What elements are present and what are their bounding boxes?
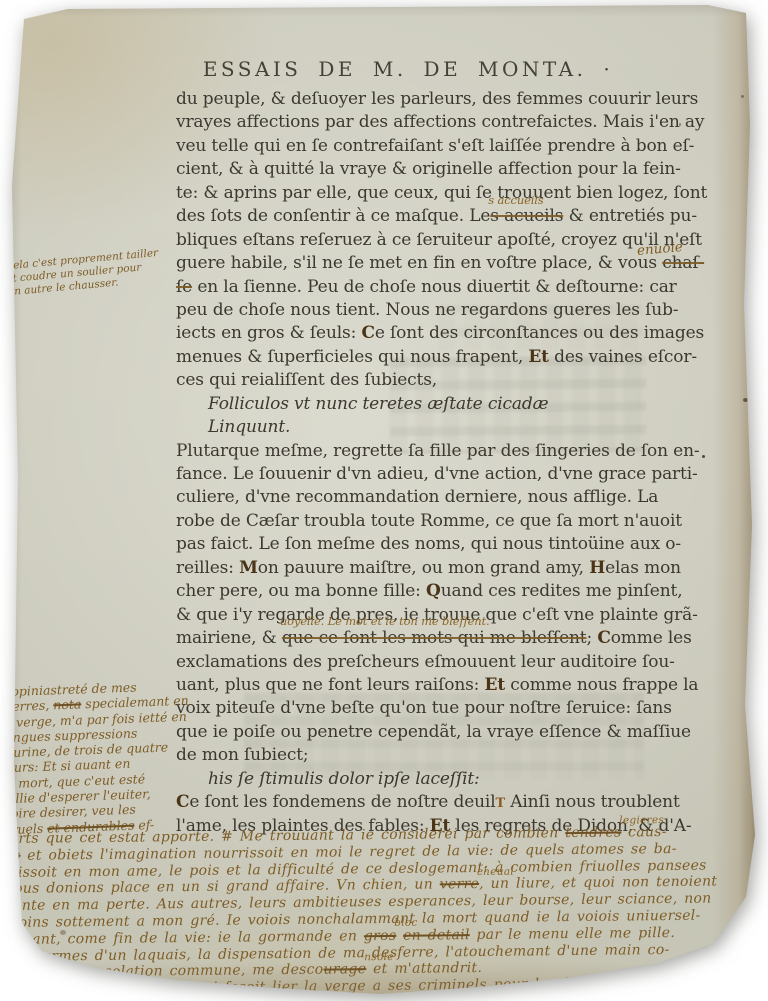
printed-text-line: Ce ſont les fondemens de noſtre deuilT A…: [176, 791, 652, 814]
handwritten-text: , un liure, et quoi non tenoient: [479, 874, 717, 892]
document-scan: { "page": { "header": "ESSAIS DE M. DE M…: [0, 0, 768, 1001]
printed-text-line: veu telle qui en ſe contrefaiſant s'eſt …: [176, 135, 652, 158]
printed-text: vrayes affections par des affections con…: [176, 112, 704, 132]
handwritten-text: pierres,: [0, 698, 54, 715]
printed-text: & entretiés pu-: [563, 206, 697, 226]
printed-text: veu telle qui en ſe contrefaiſant s'eſt …: [176, 136, 694, 156]
page-edge-top: [8, 5, 760, 17]
printed-text: du peuple, & deſuoyer les parleurs, des …: [176, 89, 698, 109]
overwritten-letter: M: [239, 558, 258, 578]
overwritten-letter: Et: [528, 347, 549, 367]
printed-text: des vaines eſcor-: [549, 347, 697, 367]
printed-text: robe de Cæſar troubla toute Romme, ce qu…: [176, 511, 682, 531]
book-page: ESSAIS DE M. DE MONTA. · du peuple, & de…: [8, 5, 760, 996]
printed-text: ;: [586, 628, 597, 648]
printed-text: omme les: [611, 628, 692, 648]
struck-text: verre: [440, 876, 480, 892]
printed-text-line: fance. Le ſouuenir d'vn adieu, d'vne act…: [176, 463, 652, 486]
overwritten-letter: C: [597, 628, 610, 648]
printed-text-line: de mon ſubiect;: [176, 744, 652, 767]
printed-text-block: du peuple, & deſuoyer les parleurs, des …: [176, 88, 652, 838]
handwritten-text: par le menu elle me pille.: [470, 925, 676, 943]
printed-text: uant, plus que ne font leurs raiſons:: [176, 675, 485, 695]
struck-text: tendres: [565, 824, 621, 841]
ink-speck: [702, 455, 705, 458]
printed-text-line: ſe en la ſienne. Peu de choſe nous diuer…: [176, 276, 652, 299]
printed-text: mairiene, &: [176, 628, 282, 648]
printed-text-line: du peuple, & deſuoyer les parleurs, des …: [176, 88, 652, 111]
interline-addition-text: uoyelle. Le mot et le ton me bleſſent.: [280, 610, 490, 633]
printed-text-line: cient, & à quitté la vraye & originelle …: [176, 158, 652, 181]
printed-text-line: guere habile, s'il ne ſe met en fin en v…: [176, 252, 652, 275]
printed-text-line: bliques eſtans reſeruez à ce ſeruiteur a…: [176, 229, 652, 252]
printed-text-line: reilles: Mon pauure maiſtre, ou mon gran…: [176, 557, 652, 580]
printed-text: pas faict. Le ſon meſme des noms, qui no…: [176, 534, 681, 554]
page-edge-torn-bottom: [8, 962, 760, 996]
printed-text: te: & aprins par elle, que ceux, qui ſe …: [176, 183, 707, 203]
printed-text: fance. Le ſouuenir d'vn adieu, d'vne act…: [176, 464, 698, 484]
printed-text-line: robe de Cæſar troubla toute Romme, ce qu…: [176, 510, 652, 533]
printed-text: cher pere, ou ma bonne fille:: [176, 581, 426, 601]
printed-text-line: Folliculos vt nunc teretes æſtate cicadæ: [176, 393, 652, 416]
printed-text-line: menues & ſuperficieles qui nous frapent,…: [176, 346, 652, 369]
printed-text-line: des ſots de conſentir à ce maſque. Les a…: [176, 205, 652, 228]
printed-text-line: Plutarque meſme, regrette ſa fille par d…: [176, 440, 652, 463]
printed-text: on pauure maiſtre, ou mon grand amy,: [258, 558, 589, 578]
printed-text-line: que ie poiſe ou penetre cependãt, la vra…: [176, 721, 652, 744]
printed-text-line: uant, plus que ne font leurs raiſons: Et…: [176, 674, 652, 697]
printed-text: Ainſi nous troublent: [505, 792, 680, 812]
printed-text: exclamations des preſcheurs eſmouuent le…: [176, 652, 675, 672]
printed-text: elas mon: [605, 558, 681, 578]
printed-text: ces qui reialiſſent des ſubiects,: [176, 370, 437, 390]
printed-text-line: te: & aprins par elle, que ceux, qui ſe …: [176, 182, 652, 205]
overwritten-letter: C: [361, 323, 374, 343]
printed-text: Folliculos vt nunc teretes æſtate cicadæ: [208, 394, 548, 414]
printed-text-line: voix piteuſe d'vne beſte qu'on tue pour …: [176, 697, 652, 720]
printed-text-line: peu de choſe nous tient. Nous ne regardo…: [176, 299, 652, 322]
running-header: ESSAIS DE M. DE MONTA. ·: [158, 57, 658, 81]
printed-text: iects en gros & ſeuls:: [176, 323, 361, 343]
printed-text: de mon ſubiect;: [176, 745, 309, 765]
interline-addition-text: legieres: [619, 812, 664, 829]
printed-text-line: ces qui reialiſſent des ſubiects,: [176, 369, 652, 392]
margin-note-kidney-stones: L'opiniastreté de mespierres, nota speci…: [0, 678, 190, 837]
printed-text-line: iects en gros & ſeuls: Ce ſont des circo…: [176, 322, 652, 345]
printed-text: que ie poiſe ou penetre cependãt, la vra…: [176, 722, 691, 742]
insertion-caret: T: [495, 796, 505, 811]
printed-text: menues & ſuperficieles qui nous frapent,: [176, 347, 528, 367]
printed-text: en la ſienne. Peu de choſe nous diuertit…: [192, 277, 677, 297]
printed-text-line: pas faict. Le ſon meſme des noms, qui no…: [176, 533, 652, 556]
printed-text: Linquunt.: [208, 417, 290, 437]
interline-addition-text: bloc: [394, 915, 418, 932]
printed-text: guere habile, s'il ne ſe met en fin en v…: [176, 253, 662, 273]
printed-text: comme nous frappe la: [505, 675, 698, 695]
struck-text: nota: [53, 697, 82, 713]
printed-text: reilles:: [176, 558, 239, 578]
ink-speck: [679, 123, 681, 126]
printed-text: bliques eſtans reſeruez à ce ſeruiteur a…: [176, 230, 702, 250]
printed-text-line: cher pere, ou ma bonne fille: Quand ces …: [176, 580, 652, 603]
printed-text: his ſe ſtimulis dolor ipſe laceſſit:: [208, 769, 480, 789]
printed-text: voix piteuſe d'vne beſte qu'on tue pour …: [176, 698, 672, 718]
interline-addition-text: s accueils: [488, 189, 543, 212]
printed-text-line: mairiene, & uoyelle. Le mot et le ton me…: [176, 627, 652, 650]
printed-text-line: Linquunt.: [176, 416, 652, 439]
margin-note-shoe: Cela c'est proprement tailleret coudre u…: [5, 244, 198, 299]
interline-addition-text: cheual: [477, 864, 514, 881]
printed-text: e ſont des circonſtances ou des images: [375, 323, 704, 343]
printed-text-line: his ſe ſtimulis dolor ipſe laceſſit:: [176, 768, 652, 791]
printed-text: peu de choſe nous tient. Nous ne regardo…: [176, 300, 678, 320]
printed-text: culiere, d'vne recommandation derniere, …: [176, 487, 658, 507]
printed-text: e ſont les fondemens de noſtre deuil: [189, 792, 495, 812]
scan-scene: ESSAIS DE M. DE MONTA. · du peuple, & de…: [0, 0, 768, 1001]
overwritten-letter: Q: [426, 581, 441, 601]
printed-text: Plutarque meſme, regrette ſa fille par d…: [176, 441, 699, 461]
printed-text: cient, & à quitté la vraye & originelle …: [176, 159, 681, 179]
page-edge-torn-right: [712, 5, 760, 956]
printed-text-line: vrayes affections par des affections con…: [176, 111, 652, 134]
printed-text-line: culiere, d'vne recommandation derniere, …: [176, 486, 652, 509]
struck-text: es: [4, 848, 20, 864]
printed-text: des ſots de conſentir à ce maſque. Le: [176, 206, 490, 226]
printed-text: uand ces redites me pinſent,: [441, 581, 683, 601]
ink-speck: [60, 930, 66, 935]
overwritten-letter: Et: [485, 675, 506, 695]
struck-text: gros: [364, 928, 397, 944]
overwritten-letter: H: [589, 558, 605, 578]
printed-text-line: exclamations des preſcheurs eſmouuent le…: [176, 651, 652, 674]
